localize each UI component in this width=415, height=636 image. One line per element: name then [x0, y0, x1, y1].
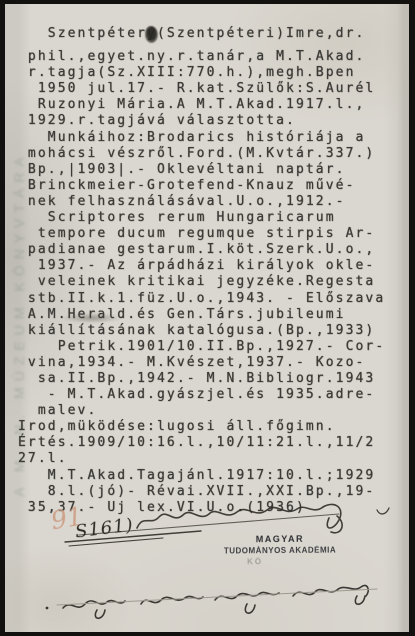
typed-line: - M.T.Akad.gyászjel.és 1935.adre- [18, 387, 403, 403]
typed-line: Értés.1909/10:16.l.,10/11:21.l.,11/2 [18, 435, 403, 451]
typed-line: Petrik.1901/10.II.Bp.,1927.- Cor- [18, 339, 403, 355]
stamp-line-1: MAGYAR [205, 533, 355, 544]
typed-line: Ruzonyi Mária.A M.T.Akad.1917.l., [18, 97, 403, 113]
overstrike-smudge [63, 313, 121, 323]
typed-line: r.tagja(Sz.XIII:770.h.),megh.Bpen [18, 65, 403, 81]
typed-line: 27.l. [18, 451, 403, 467]
typed-line: stb.II.k.1.füz.U.o.,1943. - Előszava [18, 291, 403, 307]
typed-line: kiállításának katalógusa.(Bp.,1933) [18, 323, 403, 339]
stamp-line-2: TUDOMÁNYOS AKADÉMIA [205, 545, 355, 555]
typed-line: Scriptores rerum Hungaricarum [18, 210, 403, 226]
typed-line: malev. [18, 403, 403, 419]
typed-line: Irod,müködése:lugosi áll.főgimn. [18, 419, 403, 435]
typed-line: 1950 jul.17.- R.kat.Szülők:S.Aurél [18, 81, 403, 97]
typed-line: Szentpétery(Szentpéteri)Imre,dr. [18, 26, 403, 42]
typed-line: M.T.Akad.Tagajánl.1917:10.l.;1929 [18, 468, 403, 484]
typed-line: Brinckmeier-Grotefend-Knauz művé- [18, 178, 403, 194]
typed-line: tempore ducum regumque stirpis Ar- [18, 226, 403, 242]
typed-line: vina,1934.- M.Kvészet,1937.- Kozo- [18, 355, 403, 371]
typed-text-block: Szentpétery(Szentpéteri)Imre,dr. phil.,e… [18, 26, 403, 516]
typed-line: phil.,egyet.ny.r.tanár,a M.T.Akad. [18, 49, 403, 65]
upside-down-handwriting [46, 585, 377, 618]
typed-line: sa.II.Bp.,1942.- M.N.Bibliogr.1943 [18, 371, 403, 387]
typed-line: mohácsi vészről.Ford.(M.Kvtár.337.) [18, 146, 403, 162]
academy-stamp: MAGYAR TUDOMÁNYOS AKADÉMIA KÖ [205, 533, 355, 566]
stamp-line-3: KÖ [205, 556, 355, 566]
catalog-card: A M. N. MÚZEUM KÖNYVTÁRA Szentpétery(Sze… [0, 0, 415, 636]
typed-line: padianae gestarum.I.köt.Szerk.U.o., [18, 242, 403, 258]
typed-line: veleinek kritikai jegyzéke.Regesta [18, 274, 403, 290]
ink-smudge [145, 26, 158, 43]
typed-line: Munkáihoz:Brodarics históriája a [18, 130, 403, 146]
typed-line: 1937.- Az árpádházi királyok okle- [18, 258, 403, 274]
typed-line: Bp.,|1903|.- Oklevéltani naptár. [18, 162, 403, 178]
typed-line: 8.l.(jó)- Révai.XVII.,XXI.Bp.,19- [18, 484, 403, 500]
typed-line: 1929.r.tagjává választotta. [18, 113, 403, 129]
typed-line: nek felhasználásával.U.o.,1912.- [18, 194, 403, 210]
